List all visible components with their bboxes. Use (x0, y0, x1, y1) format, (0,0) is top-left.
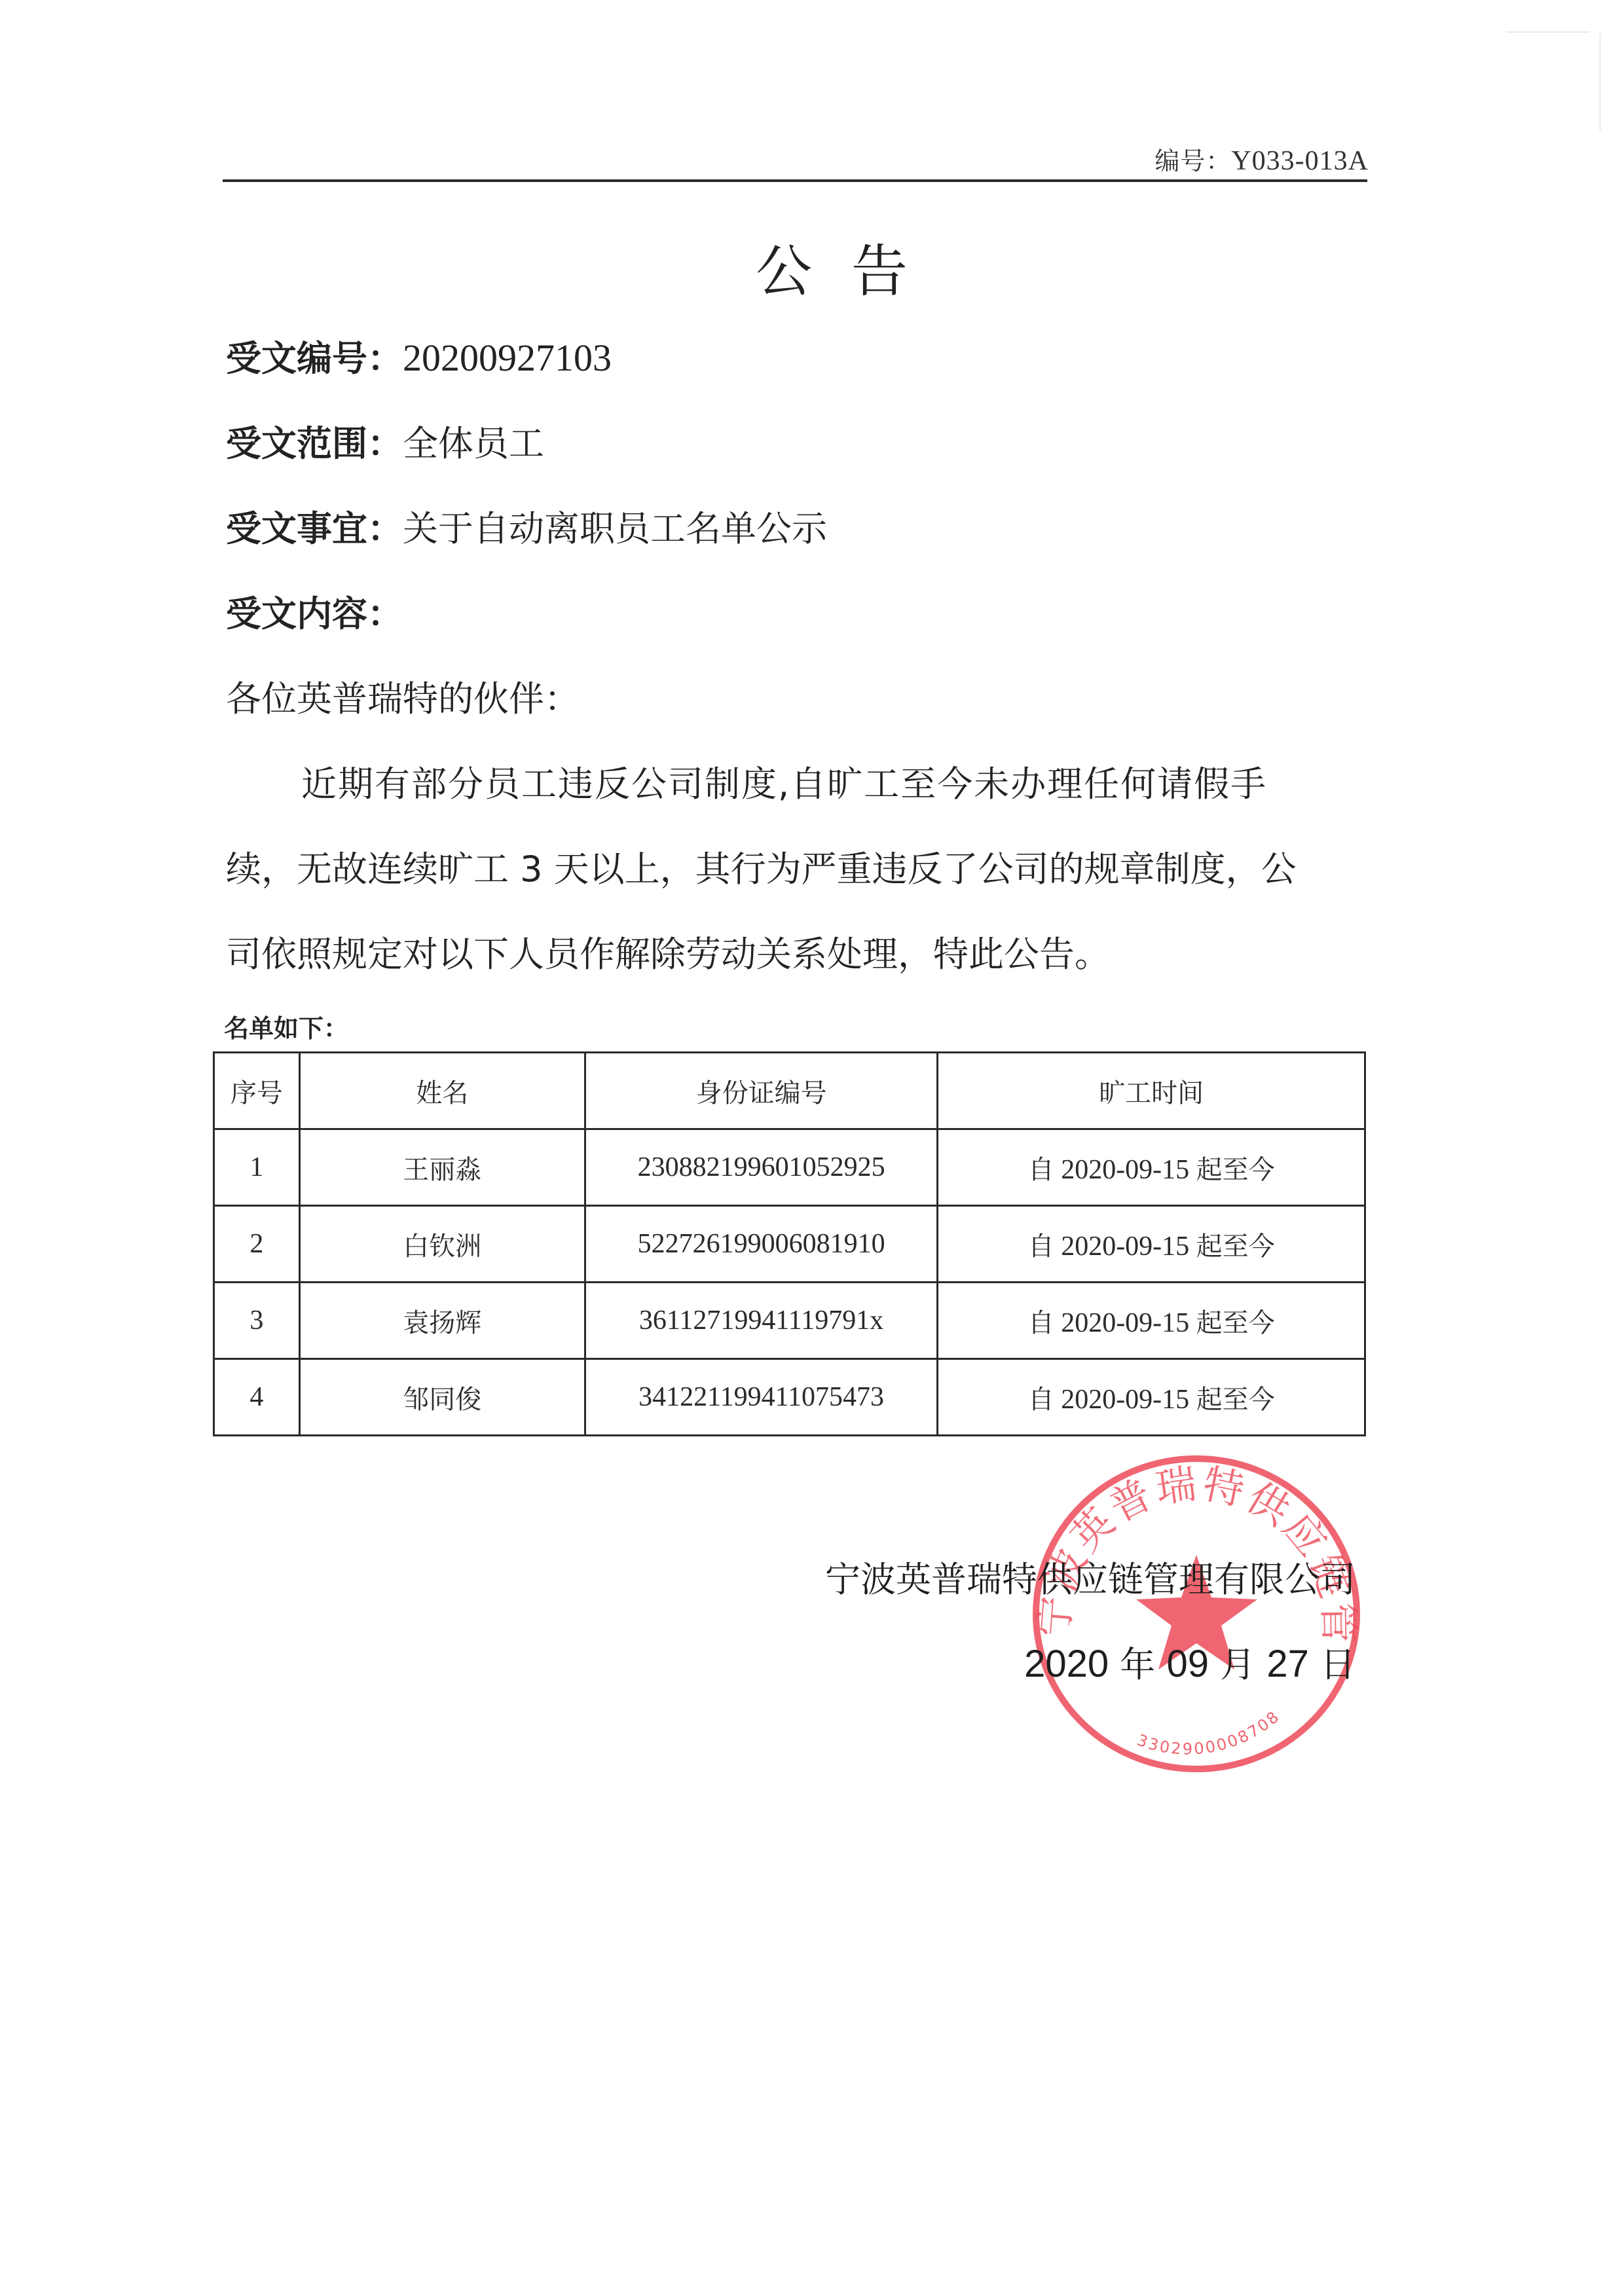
cell-id-number: 36112719941119791x (585, 1283, 938, 1359)
field-label: 受文事宜： (226, 508, 403, 549)
header-divider (223, 179, 1367, 182)
column-header-name: 姓名 (299, 1053, 585, 1129)
document-code-value: Y033-013A (1231, 146, 1369, 176)
document-code: 编号：Y033-013A (1048, 141, 1369, 177)
field-document-number: 受文编号：20200927103 (226, 331, 612, 381)
cell-name: 邹同俊 (299, 1359, 585, 1436)
paragraph-line-1: 近期有部分员工违反公司制度,自旷工至今未办理任何请假手 (301, 756, 1267, 807)
cell-index: 3 (214, 1283, 300, 1359)
document-code-label: 编号： (1154, 147, 1231, 175)
cell-index: 1 (214, 1129, 300, 1206)
field-content: 受文内容： (226, 586, 403, 636)
field-label: 受文编号： (226, 338, 403, 379)
field-scope: 受文范围：全体员工 (226, 416, 544, 466)
cell-absence-time: 自 2020-09-15 起至今 (938, 1129, 1365, 1206)
field-label: 受文范围： (226, 423, 403, 464)
table-header-row: 序号 姓名 身份证编号 旷工时间 (214, 1053, 1365, 1129)
cell-id-number: 230882199601052925 (585, 1129, 938, 1206)
employee-table: 序号 姓名 身份证编号 旷工时间 1 王丽淼 23088219960105292… (213, 1051, 1366, 1436)
cell-id-number: 522726199006081910 (585, 1206, 938, 1283)
field-value: 关于自动离职员工名单公示 (403, 508, 827, 549)
scan-edge (1506, 31, 1590, 33)
field-value: 全体员工 (403, 423, 544, 464)
cell-index: 4 (214, 1359, 300, 1436)
issue-date: 2020 年 09 月 27 日 (897, 1637, 1356, 1687)
field-subject: 受文事宜：关于自动离职员工名单公示 (226, 501, 827, 551)
cell-name: 白钦洲 (299, 1206, 585, 1283)
list-label: 名单如下： (224, 1008, 348, 1044)
column-header-absence-time: 旷工时间 (938, 1053, 1365, 1129)
paragraph-line-3: 司依照规定对以下人员作解除劳动关系处理，特此公告。 (226, 926, 1110, 977)
seal-icon: 宁波英普瑞特供应链管理有限公司 3302900008708 (1025, 1450, 1369, 1774)
cell-name: 袁扬辉 (299, 1283, 585, 1359)
scan-edge (1599, 33, 1601, 131)
table-row: 4 邹同俊 341221199411075473 自 2020-09-15 起至… (214, 1359, 1365, 1436)
column-header-id-number: 身份证编号 (585, 1053, 938, 1129)
cell-absence-time: 自 2020-09-15 起至今 (938, 1283, 1365, 1359)
field-label: 受文内容： (226, 593, 403, 634)
field-value: 20200927103 (403, 337, 612, 379)
issuer-company: 宁波英普瑞特供应链管理有限公司 (779, 1552, 1356, 1602)
company-seal: 宁波英普瑞特供应链管理有限公司 3302900008708 (1025, 1450, 1369, 1774)
svg-text:3302900008708: 3302900008708 (1135, 1707, 1284, 1758)
paragraph-line-2: 续，无故连续旷工 3 天以上，其行为严重违反了公司的规章制度，公 (226, 841, 1297, 892)
cell-index: 2 (214, 1206, 300, 1283)
table-row: 1 王丽淼 230882199601052925 自 2020-09-15 起至… (214, 1129, 1365, 1206)
cell-id-number: 341221199411075473 (585, 1359, 938, 1436)
column-header-index: 序号 (214, 1053, 300, 1129)
greeting: 各位英普瑞特的伙伴： (226, 671, 580, 721)
cell-name: 王丽淼 (299, 1129, 585, 1206)
cell-absence-time: 自 2020-09-15 起至今 (938, 1359, 1365, 1436)
cell-absence-time: 自 2020-09-15 起至今 (938, 1206, 1365, 1283)
table-row: 3 袁扬辉 36112719941119791x 自 2020-09-15 起至… (214, 1283, 1365, 1359)
page-title: 公告 (0, 226, 1624, 307)
table-row: 2 白钦洲 522726199006081910 自 2020-09-15 起至… (214, 1206, 1365, 1283)
